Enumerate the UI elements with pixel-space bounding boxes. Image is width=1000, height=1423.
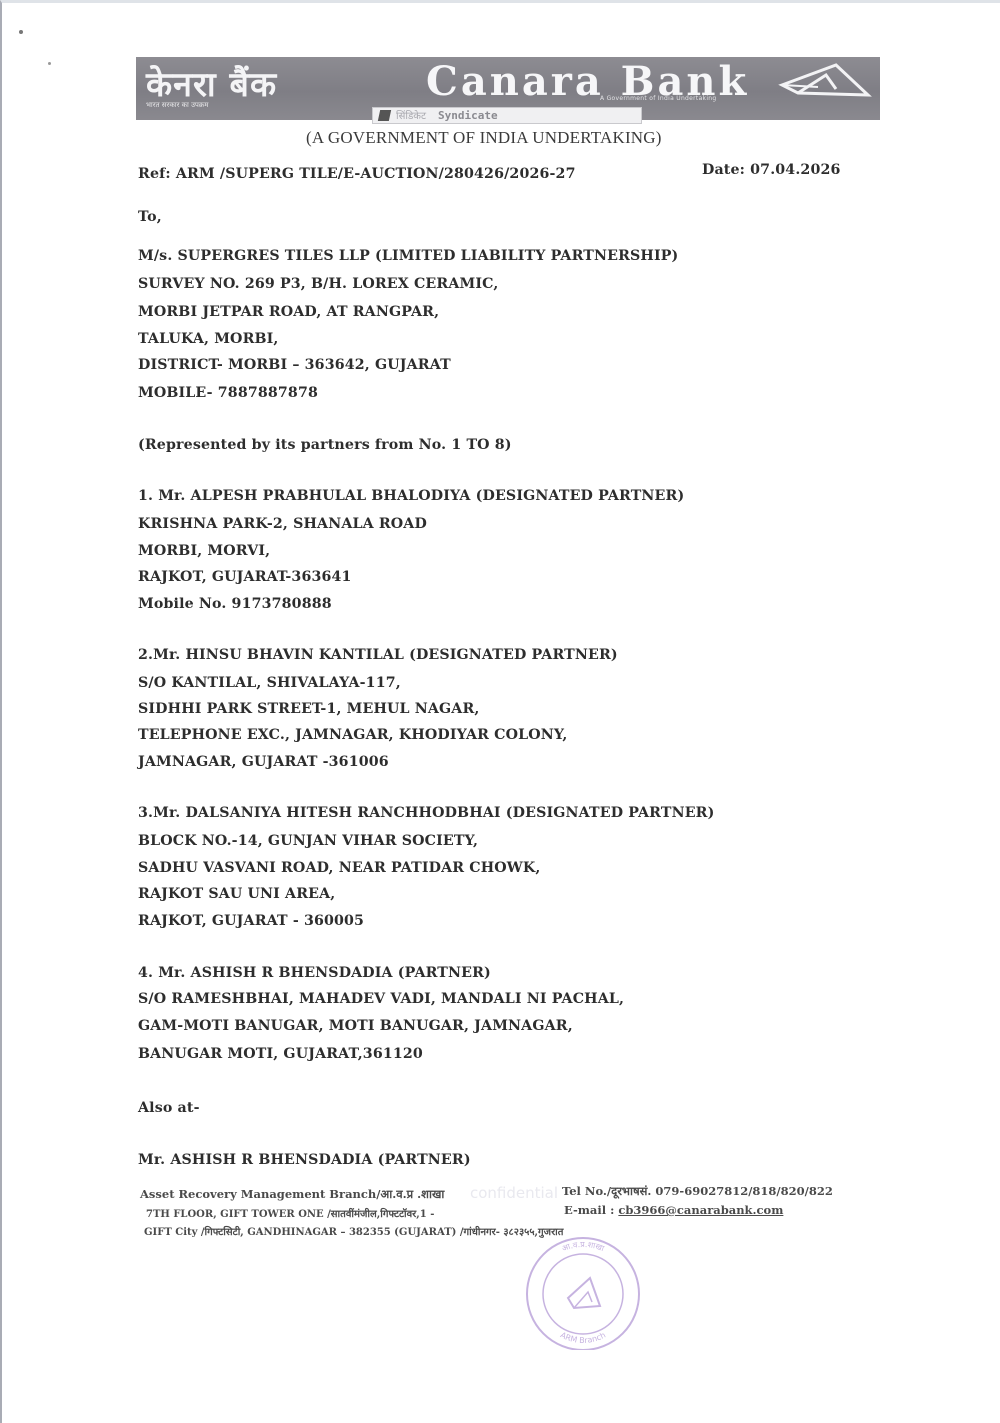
partner-address-line: SIDHHI PARK STREET-1, MEHUL NAGAR, <box>138 701 479 717</box>
partner-address-line: KRISHNA PARK-2, SHANALA ROAD <box>138 516 427 532</box>
partner-address-line: BLOCK NO.-14, GUNJAN VIHAR SOCIETY, <box>138 833 478 849</box>
partner-address-line: SADHU VASVANI ROAD, NEAR PATIDAR CHOWK, <box>138 860 540 876</box>
partner-address-line: RAJKOT SAU UNI AREA, <box>138 886 335 902</box>
footer-telephone: Tel No./दूरभाषसं. 079-69027812/818/820/8… <box>562 1184 833 1199</box>
footer-email-label: E-mail : <box>564 1203 618 1217</box>
partner-name: 2.Mr. HINSU BHAVIN KANTILAL (DESIGNATED … <box>138 647 618 663</box>
addressee-line: SURVEY NO. 269 P3, B/H. LOREX CERAMIC, <box>138 276 498 292</box>
partner-name: 4. Mr. ASHISH R BHENSDADIA (PARTNER) <box>138 965 491 981</box>
footer-address-line-1: 7TH FLOOR, GIFT TOWER ONE /सातवींमंजील,ग… <box>146 1206 434 1220</box>
partner-name: 1. Mr. ALPESH PRABHULAL BHALODIYA (DESIG… <box>138 488 684 504</box>
also-at-partner-name: Mr. ASHISH R BHENSDADIA (PARTNER) <box>138 1152 471 1168</box>
footer-branch-name: Asset Recovery Management Branch/आ.व.प्र… <box>140 1187 444 1202</box>
partner-address-line: S/O KANTILAL, SHIVALAYA-117, <box>138 675 401 691</box>
canara-bank-logo-icon <box>778 63 872 99</box>
bank-name-english-subtitle: A Government of India Undertaking <box>600 95 717 102</box>
partner-address-line: GAM-MOTI BANUGAR, MOTI BANUGAR, JAMNAGAR… <box>138 1018 573 1034</box>
government-undertaking-line: (A GOVERNMENT OF INDIA UNDERTAKING) <box>306 128 662 148</box>
partner-name: 3.Mr. DALSANIYA HITESH RANCHHODBHAI (DES… <box>138 805 714 821</box>
scan-speck <box>19 30 23 34</box>
reference-number: Ref: ARM /SUPERG TILE/E-AUCTION/280426/2… <box>138 166 576 182</box>
arm-branch-seal-stamp: आ.व.प्र.शाखा ARM Branch <box>516 1232 650 1350</box>
bank-name-hindi-subtitle: भारत सरकार का उपक्रम <box>146 101 208 110</box>
footer-email-link[interactable]: cb3966@canarabank.com <box>618 1203 783 1217</box>
partner-address-line: MORBI, MORVI, <box>138 543 270 559</box>
partner-address-line: TELEPHONE EXC., JAMNAGAR, KHODIYAR COLON… <box>138 727 567 743</box>
syndicate-label: Syndicate <box>438 109 498 122</box>
partner-address-line: S/O RAMESHBHAI, MAHADEV VADI, MANDALI NI… <box>138 991 624 1007</box>
syndicate-hindi: सिंडिकेट <box>396 111 426 122</box>
addressee-line: M/s. SUPERGRES TILES LLP (LIMITED LIABIL… <box>138 248 678 264</box>
also-at-label: Also at- <box>138 1100 200 1116</box>
svg-text:आ.व.प्र.शाखा: आ.व.प्र.शाखा <box>561 1240 606 1253</box>
partner-address-line: BANUGAR MOTI, GUJARAT,361120 <box>138 1046 423 1062</box>
partner-address-line: RAJKOT, GUJARAT - 360005 <box>138 913 364 929</box>
salutation: To, <box>138 209 162 225</box>
letterhead-banner: केनरा बैंक भारत सरकार का उपक्रम Canara B… <box>136 57 880 120</box>
partner-address-line: RAJKOT, GUJARAT-363641 <box>138 569 352 585</box>
addressee-line: TALUKA, MORBI, <box>138 331 279 347</box>
footer-email-row: E-mail : cb3966@canarabank.com <box>564 1203 783 1217</box>
syndicate-logo-icon <box>378 110 391 121</box>
partner-address-line: JAMNAGAR, GUJARAT -361006 <box>138 754 389 770</box>
confidential-watermark: confidential <box>470 1184 558 1202</box>
addressee-line: MORBI JETPAR ROAD, AT RANGPAR, <box>138 304 439 320</box>
addressee-mobile: MOBILE- 7887887878 <box>138 385 318 401</box>
represented-by-note: (Represented by its partners from No. 1 … <box>138 437 512 453</box>
scan-speck <box>48 62 51 65</box>
svg-text:ARM Branch: ARM Branch <box>559 1330 607 1345</box>
addressee-line: DISTRICT- MORBI – 363642, GUJARAT <box>138 357 451 373</box>
footer-address-line-2: GIFT City /गिफ्टसिटी, GANDHINAGAR – 3823… <box>144 1224 563 1238</box>
bank-name-hindi: केनरा बैंक <box>146 60 277 106</box>
partner-mobile: Mobile No. 9173780888 <box>138 596 332 612</box>
syndicate-badge: सिंडिकेटSyndicate <box>372 107 642 124</box>
letter-date: Date: 07.04.2026 <box>702 162 841 178</box>
